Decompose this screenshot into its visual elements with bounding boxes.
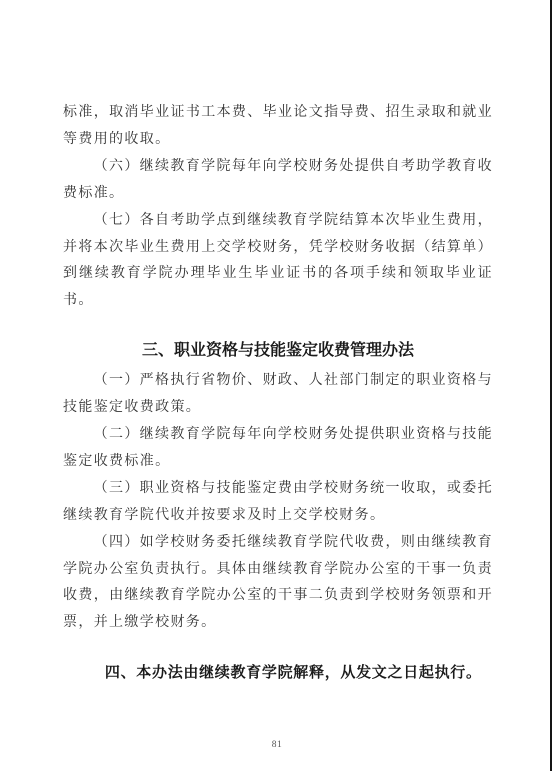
scan-edge-line bbox=[550, 0, 552, 771]
text-line: （七）各自考助学点到继续教育学院结算本次毕业生费用， bbox=[63, 208, 493, 235]
paragraph: （六）继续教育学院每年向学校财务处提供自考助学教育收费标准。 bbox=[63, 154, 493, 207]
text-line: 标准，取消毕业证书工本费、毕业论文指导费、招生录取和就业 bbox=[63, 100, 493, 127]
text-line: 并将本次毕业生费用上交学校财务，凭学校财务收据（结算单） bbox=[63, 235, 493, 262]
text-line: （二）继续教育学院每年向学校财务处提供职业资格与技能 bbox=[63, 422, 493, 449]
paragraph: （一）严格执行省物价、财政、人社部门制定的职业资格与技能鉴定收费政策。 bbox=[63, 368, 493, 421]
text-line: 技能鉴定收费政策。 bbox=[63, 395, 493, 422]
document-page: 标准，取消毕业证书工本费、毕业论文指导费、招生录取和就业等费用的收取。（六）继续… bbox=[0, 0, 554, 783]
text-line: 票，并上缴学校财务。 bbox=[63, 610, 493, 637]
paragraph: 标准，取消毕业证书工本费、毕业论文指导费、招生录取和就业等费用的收取。 bbox=[63, 100, 493, 153]
text-line: 等费用的收取。 bbox=[63, 127, 493, 154]
text-line: 学院办公室负责执行。具体由继续教育学院办公室的干事一负责 bbox=[63, 557, 493, 584]
paragraph: 四、本办法由继续教育学院解释，从发文之日起执行。 bbox=[63, 660, 493, 687]
paragraph: （七）各自考助学点到继续教育学院结算本次毕业生费用，并将本次毕业生费用上交学校财… bbox=[63, 208, 493, 314]
section-heading: 三、职业资格与技能鉴定收费管理办法 bbox=[63, 336, 493, 366]
text-line: （一）严格执行省物价、财政、人社部门制定的职业资格与 bbox=[63, 368, 493, 395]
text-line: （六）继续教育学院每年向学校财务处提供自考助学教育收 bbox=[63, 154, 493, 181]
text-line: 鉴定收费标准。 bbox=[63, 449, 493, 476]
text-line: （三）职业资格与技能鉴定费由学校财务统一收取，或委托 bbox=[63, 476, 493, 503]
text-line: 书。 bbox=[63, 288, 493, 315]
page-number: 81 bbox=[0, 740, 554, 750]
text-line: 继续教育学院代收并按要求及时上交学校财务。 bbox=[63, 503, 493, 530]
text-line: 到继续教育学院办理毕业生毕业证书的各项手续和领取毕业证 bbox=[63, 261, 493, 288]
text-line: 三、职业资格与技能鉴定收费管理办法 bbox=[63, 336, 493, 366]
text-line: 四、本办法由继续教育学院解释，从发文之日起执行。 bbox=[63, 660, 493, 687]
paragraph: （三）职业资格与技能鉴定费由学校财务统一收取，或委托继续教育学院代收并按要求及时… bbox=[63, 476, 493, 529]
text-line: 费标准。 bbox=[63, 181, 493, 208]
document-body: 标准，取消毕业证书工本费、毕业论文指导费、招生录取和就业等费用的收取。（六）继续… bbox=[63, 100, 493, 688]
text-line: 收费，由继续教育学院办公室的干事二负责到学校财务领票和开 bbox=[63, 583, 493, 610]
paragraph: （四）如学校财务委托继续教育学院代收费，则由继续教育学院办公室负责执行。具体由继… bbox=[63, 530, 493, 636]
paragraph: （二）继续教育学院每年向学校财务处提供职业资格与技能鉴定收费标准。 bbox=[63, 422, 493, 475]
text-line: （四）如学校财务委托继续教育学院代收费，则由继续教育 bbox=[63, 530, 493, 557]
